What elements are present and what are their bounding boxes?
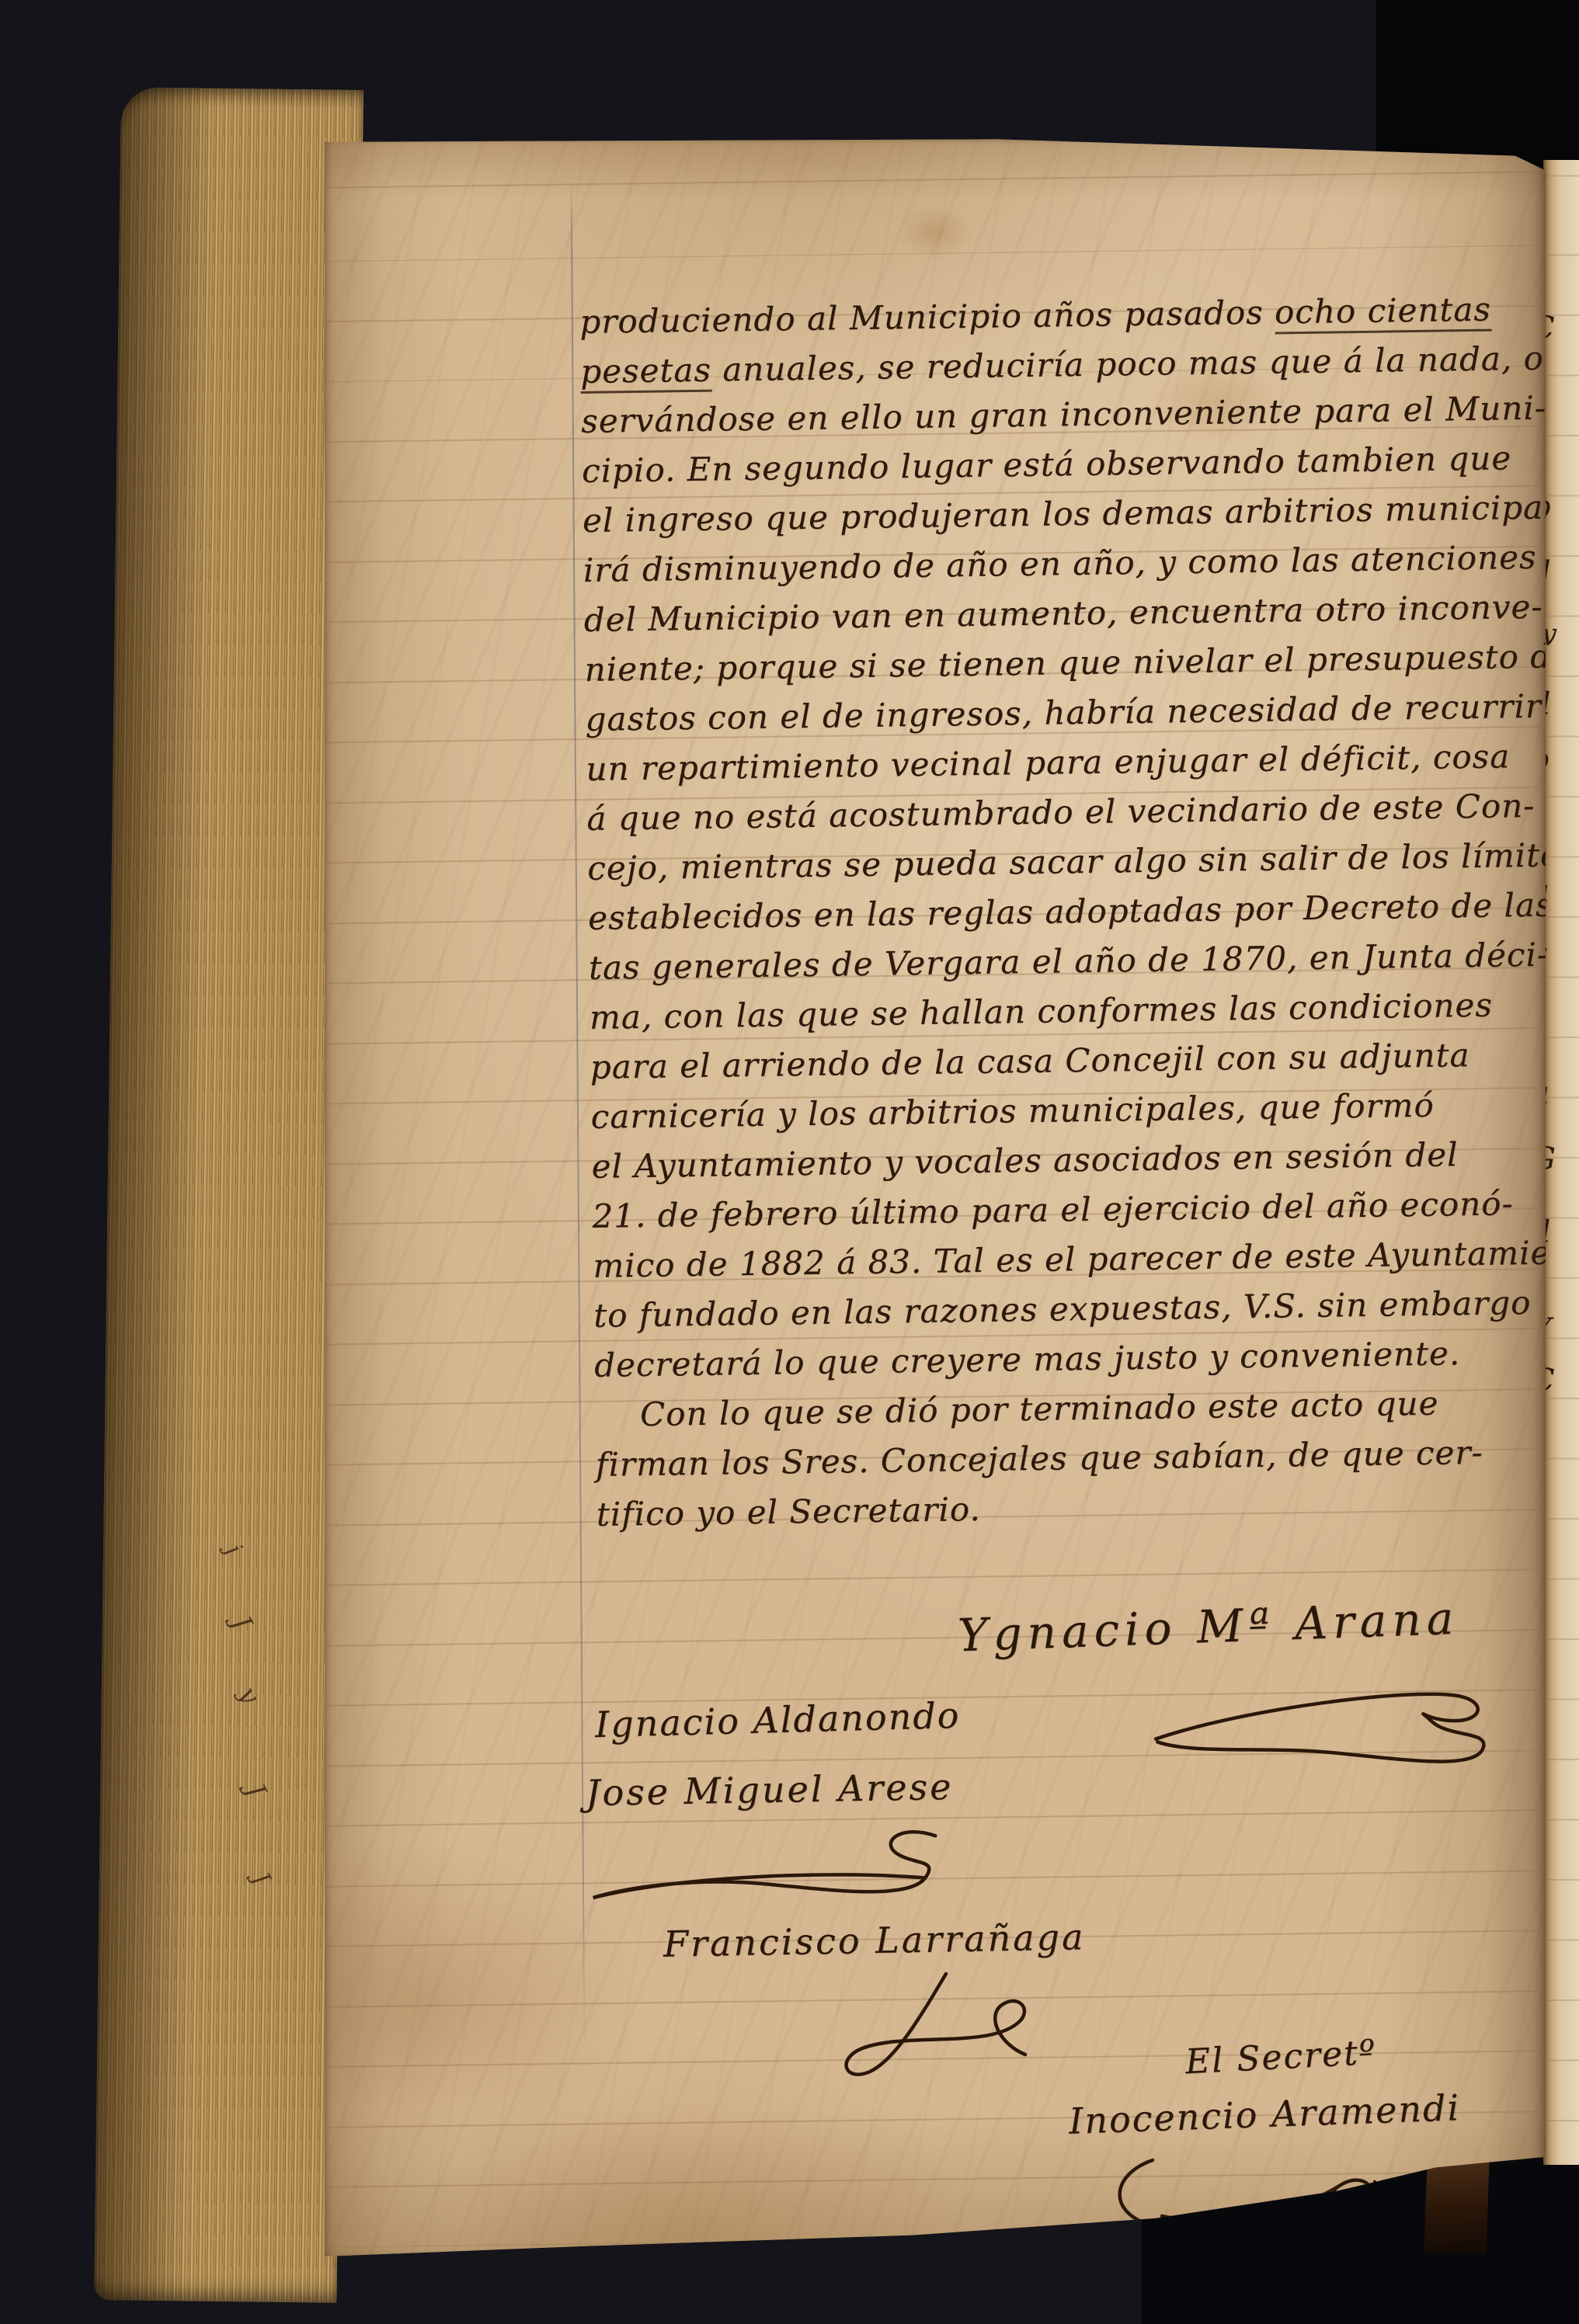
line-text: produciendo al Municipio años pasados <box>579 294 1275 341</box>
line-text: cejo, mientras se pueda sacar algo sin s… <box>587 835 1578 888</box>
scanned-manuscript-photo: j J y J J produciendo al Municipio años … <box>0 0 1579 2324</box>
line-text: anuales, se reduciría poco mas que á la … <box>711 339 1578 389</box>
underlined-text: pesetas <box>580 351 711 394</box>
signature-arese: Jose Miguel Arese <box>586 1766 954 1814</box>
signature-secretary-name: Inocencio Aramendi <box>1068 2086 1461 2142</box>
line-text: del Municipio van en aumento, encuentra … <box>583 588 1542 639</box>
line-text: firman los Sres. Concejales que sabían, … <box>596 1433 1483 1484</box>
line-text: establecidos en las reglas adoptadas por… <box>588 884 1579 937</box>
handwritten-text-block: produciendo al Municipio años pasados oc… <box>579 284 1575 1540</box>
line-text: niente; porque si se tienen que nivelar … <box>584 637 1572 689</box>
line-text: Con lo que se dió por terminado este act… <box>640 1384 1439 1433</box>
line-text: cipio. En segundo lugar está observando … <box>582 439 1512 490</box>
underlined-text: ocho cientas <box>1275 290 1492 335</box>
line-text: un repartimiento vecinal para enjugar el… <box>586 737 1510 788</box>
manuscript-page: produciendo al Municipio años pasados oc… <box>325 137 1546 2256</box>
line-text: 21. de febrero último para el ejercicio … <box>592 1184 1514 1235</box>
line-text: gastos con el de ingresos, habría necesi… <box>585 686 1573 738</box>
line-text: carnicería y los arbitrios municipales, … <box>590 1086 1435 1136</box>
signature-aldanondo: Ignacio Aldanondo <box>594 1694 961 1746</box>
signature-larranaga: Francisco Larrañaga <box>663 1916 1086 1964</box>
line-text: servándose en ello un gran inconveniente… <box>581 389 1546 440</box>
line-text: ma, con las que se hallan conformes las … <box>590 986 1494 1037</box>
line-text: decretará lo que creyere mas justo y con… <box>594 1334 1461 1384</box>
signature-secretary-title: El Secretº <box>1184 2033 1378 2083</box>
line-text: tifico yo el Secretario. <box>596 1490 981 1534</box>
line-text: irá disminuyendo de año en año, y como l… <box>583 538 1537 589</box>
facing-page-edge: C t p d w q o t a f j a G q Y C J <box>1543 160 1579 2165</box>
signature-rubric-arese <box>584 1820 958 1916</box>
line-text: á que no está acostumbrado el vecindario… <box>586 787 1536 838</box>
line-text: mico de 1882 á 83. Tal es el parecer de … <box>593 1233 1579 1285</box>
line-text: to fundado en las razones expuestas, V.S… <box>593 1284 1532 1335</box>
signature-arana: Ygnacio Mª Arana <box>957 1592 1459 1662</box>
book-fore-edge-page-stack <box>94 87 363 2303</box>
signature-rubric-larranaga <box>822 1969 1055 2086</box>
signature-rubric-arana <box>1146 1676 1499 1789</box>
line-text: para el arriendo de la casa Concejil con… <box>590 1036 1469 1086</box>
line-text: el Ayuntamiento y vocales asociados en s… <box>591 1135 1459 1186</box>
line-text: el ingreso que produjeran los demas arbi… <box>583 488 1579 540</box>
line-text: tas generales de Vergara el año de 1870,… <box>589 936 1549 987</box>
